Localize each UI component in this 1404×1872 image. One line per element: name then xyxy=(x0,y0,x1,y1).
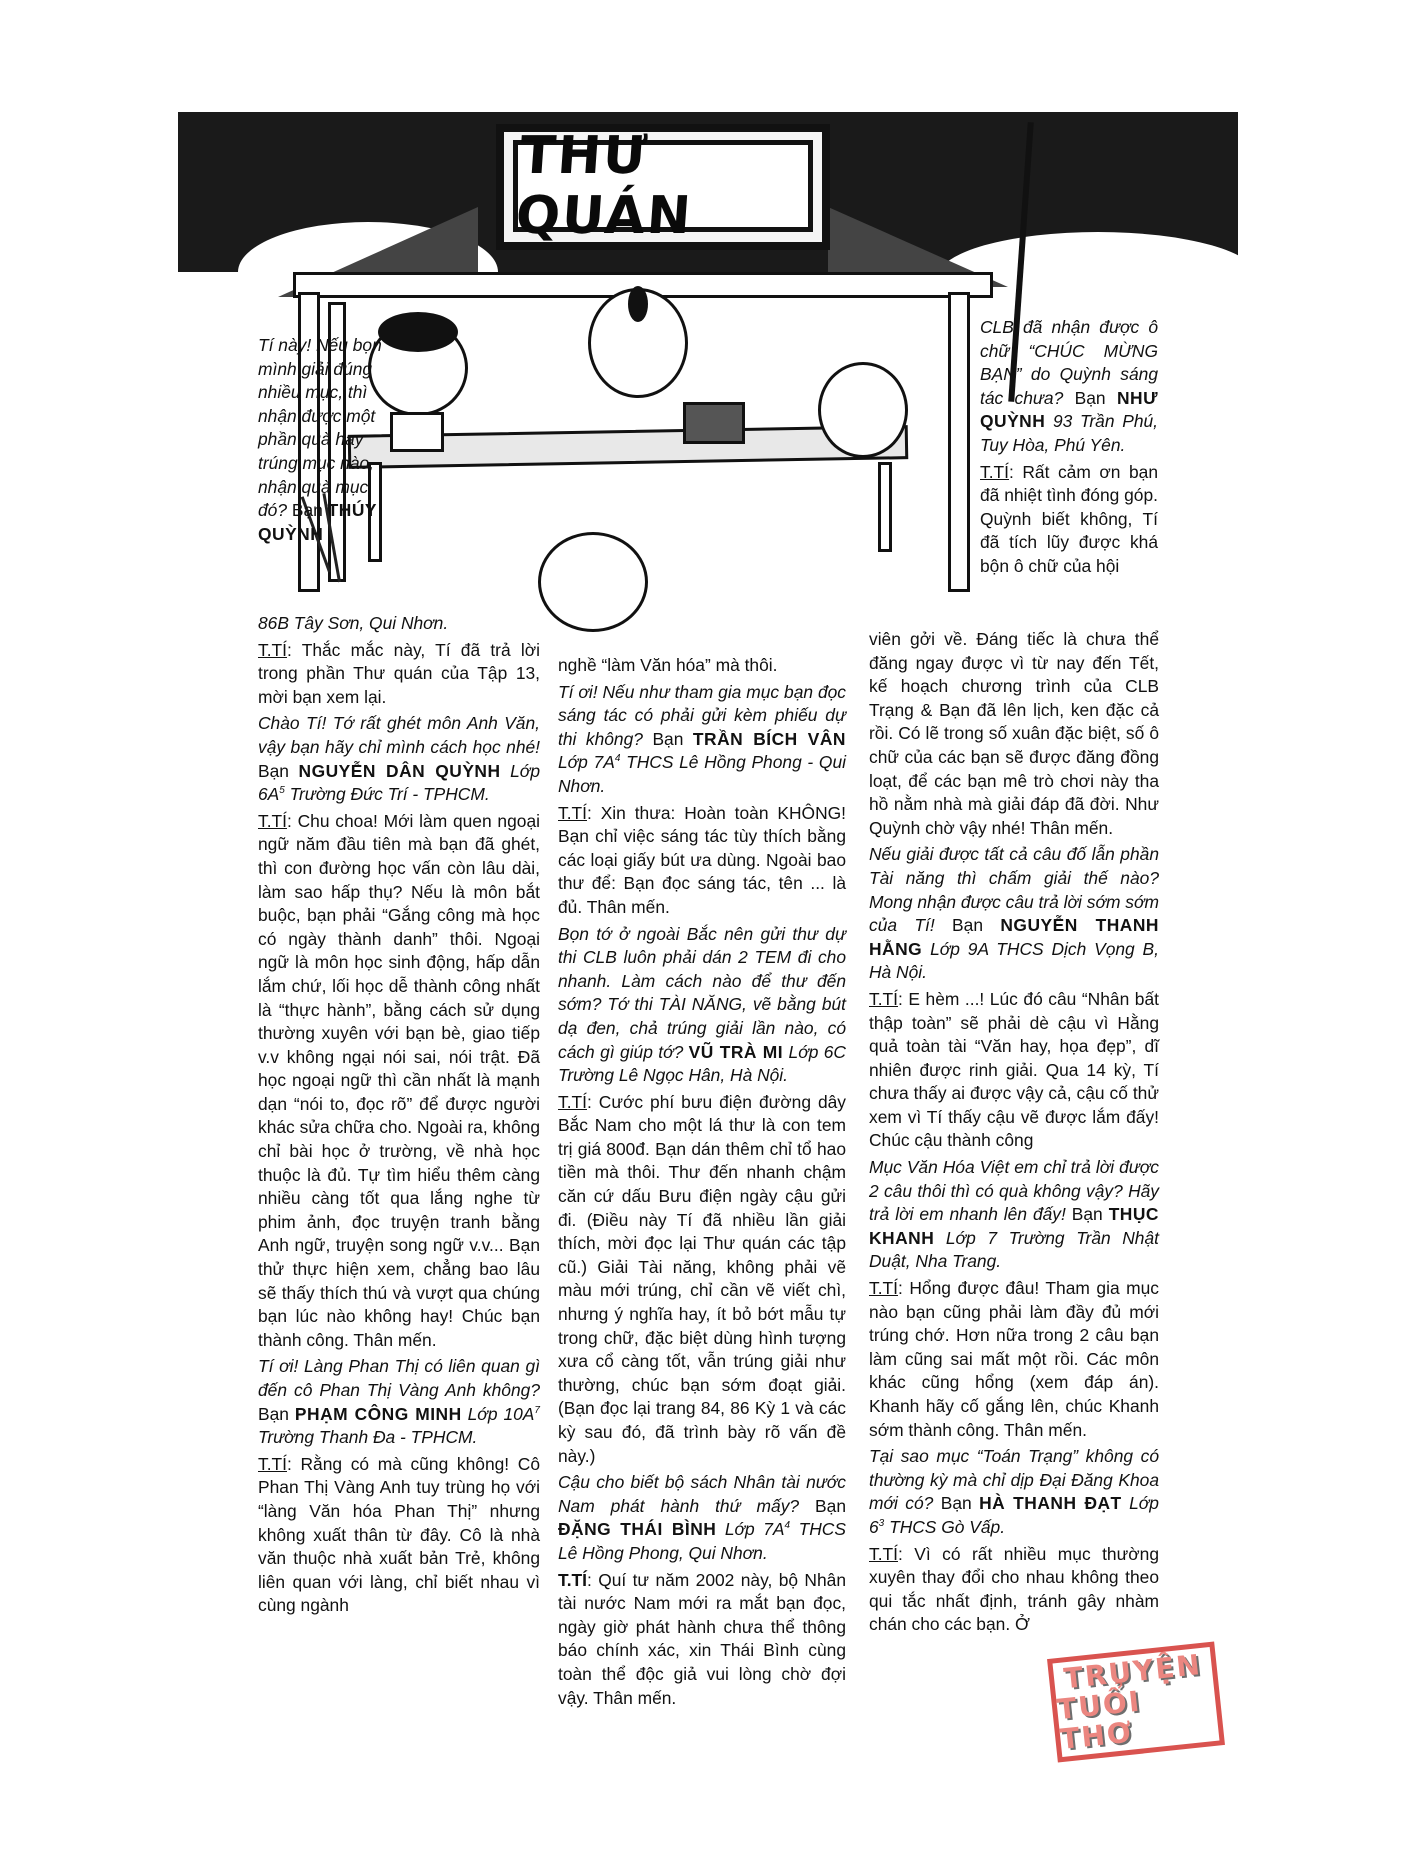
letter-ha-thanh-dat: Tại sao mục “Toán Trạng” không có thường… xyxy=(869,1445,1159,1539)
letter-tran-bich-van: Tí ơi! Nếu như tham gia mục bạn đọc sáng… xyxy=(558,681,846,799)
reader-name: PHẠM CÔNG MINH xyxy=(295,1404,462,1424)
envelope xyxy=(390,412,444,452)
column-1: 86B Tây Sơn, Qui Nhơn. T.TÍ: Thắc mắc nà… xyxy=(258,612,540,1621)
column-3-top: CLB đã nhận được ô chữ “CHÚC MỪNG BẠN” d… xyxy=(980,316,1158,582)
letter-nguyen-thanh-hang: Nếu giải được tất cả câu đố lẫn phần Tài… xyxy=(869,843,1159,985)
answer-2: T.TÍ: Chu choa! Mới làm quen ngoại ngữ n… xyxy=(258,810,540,1353)
truyen-tuoi-tho-watermark: TRUYỆN TUỔI THƠ xyxy=(1047,1642,1225,1763)
answer-10: T.TÍ: Vì có rất nhiều mục thường xuyên t… xyxy=(869,1543,1159,1637)
answer-1: T.TÍ: Thắc mắc này, Tí đã trả lời trong … xyxy=(258,639,540,710)
old-man-character xyxy=(818,362,908,458)
reader-name: NGUYỄN DÂN QUỲNH xyxy=(299,761,501,781)
letter-thuy-quynh: Tí này! Nếu bọn mình giải đúng nhiều mục… xyxy=(258,334,386,546)
answer-6: T.TÍ: Quí tư năm 2002 này, bộ Nhân tài n… xyxy=(558,1569,846,1711)
reader-address: 86B Tây Sơn, Qui Nhơn. xyxy=(258,613,448,633)
reader-name: VŨ TRÀ MI xyxy=(689,1042,783,1062)
box-on-desk xyxy=(683,402,745,444)
answer-5: T.TÍ: Cước phí bưu điện đường dây Bắc Na… xyxy=(558,1091,846,1469)
column-2: nghề “làm Văn hóa” mà thôi. Tí ơi! Nếu n… xyxy=(558,654,846,1713)
reader-question: Tí này! Nếu bọn mình giải đúng nhiều mục… xyxy=(258,335,382,520)
letter-thuc-khanh: Mục Văn Hóa Việt em chỉ trả lời được 2 c… xyxy=(869,1156,1159,1274)
answer-3: T.TÍ: Rằng có mà cũng không! Cô Phan Thị… xyxy=(258,1453,540,1618)
answer-3-continued: nghề “làm Văn hóa” mà thôi. xyxy=(558,655,777,675)
letter-nguyen-dan-quynh: Chào Tí! Tớ rất ghét môn Anh Văn, vậy bạ… xyxy=(258,712,540,806)
reader-name: HÀ THANH ĐẠT xyxy=(979,1493,1122,1513)
bamboo-post-right xyxy=(948,292,970,592)
letter-nhu-quynh: CLB đã nhận được ô chữ “CHÚC MỪNG BẠN” d… xyxy=(980,316,1158,458)
answer-7: T.TÍ: Rất cảm ơn bạn đã nhiệt tình đóng … xyxy=(980,461,1158,579)
desk-leg xyxy=(878,462,892,552)
column-3: viên gởi về. Đáng tiếc là chưa thể đăng … xyxy=(869,628,1159,1640)
answer-8: T.TÍ: E hèm ...! Lúc đó câu “Nhân bất th… xyxy=(869,988,1159,1153)
answer-label: T.TÍ xyxy=(258,640,287,660)
letter-dang-thai-binh: Cậu cho biết bộ sách Nhân tài nước Nam p… xyxy=(558,1471,846,1565)
answer-7-continued: viên gởi về. Đáng tiếc là chưa thể đăng … xyxy=(869,629,1159,838)
reader-name: ĐẶNG THÁI BÌNH xyxy=(558,1519,716,1539)
letter-vu-tra-mi: Bọn tớ ở ngoài Bắc nên gửi thư dự thi CL… xyxy=(558,923,846,1088)
column-1-top: Tí này! Nếu bọn mình giải đúng nhiều mục… xyxy=(258,334,386,549)
sign-board: THƯ QUÁN xyxy=(513,140,813,232)
magazine-page: THƯ QUÁN Tí này! Nếu bọn mình giải đúng … xyxy=(0,0,1404,1872)
answer-9: T.TÍ: Hổng được đâu! Tham gia mục nào bạ… xyxy=(869,1277,1159,1442)
letter-pham-cong-minh: Tí ơi! Làng Phan Thị có liên quan gì đến… xyxy=(258,1355,540,1449)
page-title: THƯ QUÁN xyxy=(514,126,812,246)
boy-lying-character xyxy=(538,532,648,632)
reader-name: TRẦN BÍCH VÂN xyxy=(693,729,846,749)
girl-hair xyxy=(378,312,458,352)
answer-4: T.TÍ: Xin thưa: Hoàn toàn KHÔNG! Bạn chỉ… xyxy=(558,802,846,920)
ti-hair xyxy=(628,286,648,322)
